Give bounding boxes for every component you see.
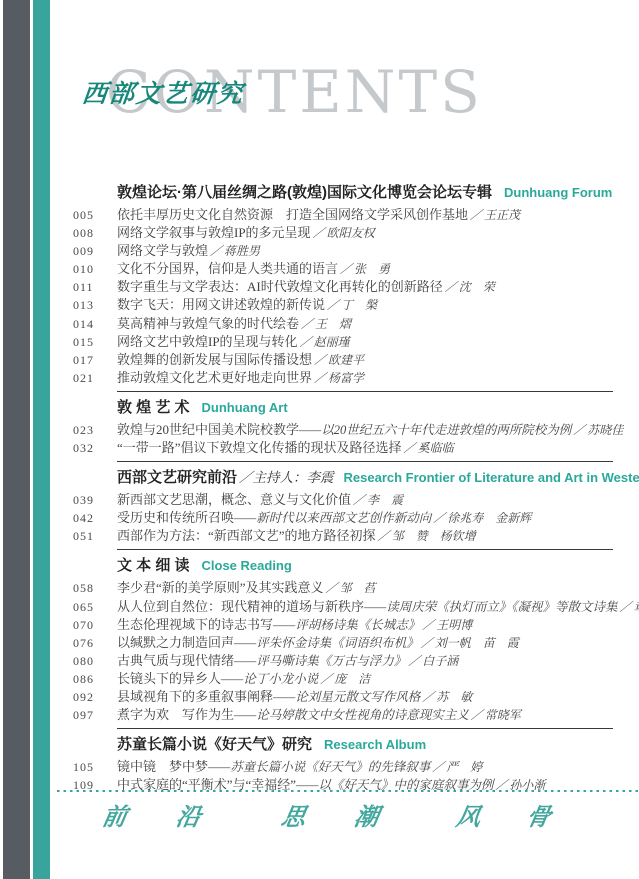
section-header: 文 本 细 读 Close Reading — [117, 556, 613, 576]
slash-separator: ／ — [433, 510, 445, 527]
author-names: 王正茂 — [484, 207, 520, 224]
page-number: 105 — [73, 759, 117, 776]
author-names: 王 熠 — [315, 316, 351, 333]
page-number: 023 — [73, 422, 117, 439]
slash-separator: ／ — [471, 707, 483, 724]
toc-row: 042 受历史和传统所召唤 ——新时代以来西部文艺创作新动向 ／ 徐兆寿 金新辉 — [73, 509, 613, 527]
toc-row: 005 依托丰厚历史文化自然资源 打造全国网络文学采风创作基地 ／ 王正茂 — [73, 206, 613, 224]
page-number: 086 — [73, 671, 117, 688]
dotted-divider — [57, 790, 639, 792]
section-rows: 058 李少君“新的美学原则”及其实践意义 ／ 邹 萏 065 从人位到自然位：… — [73, 579, 613, 724]
author-names: 蒋胜男 — [224, 243, 260, 260]
motto-char: 前 — [100, 797, 130, 832]
author-names: 欧阳友权 — [327, 225, 375, 242]
toc-section: 敦煌论坛·第八届丝绸之路(敦煌)国际文化博览会论坛专辑 Dunhuang For… — [73, 183, 613, 392]
article-title: 数字飞天：用网文讲述敦煌的新传说 — [117, 296, 325, 313]
slash-separator: ／ — [470, 207, 482, 224]
author-names: 庞 洁 — [334, 671, 370, 688]
journal-logo-calligraphy: 西部文艺研究 — [81, 82, 246, 108]
author-names: 刘一帆 苗 霞 — [435, 635, 519, 652]
section-header: 苏童长篇小说《好天气》研究 Research Album — [117, 735, 613, 755]
article-title: 网络文学与敦煌 — [117, 242, 208, 259]
motto-char: 沿 — [174, 797, 204, 832]
article-title: 古典气质与现代情绪 — [117, 652, 234, 669]
toc-row: 070 生态伦理视域下的诗志书写 ——评胡杨诗集《长城志》 ／ 王明博 — [73, 616, 613, 634]
toc-row: 010 文化不分国界，信仰是人类共通的语言 ／ 张 勇 — [73, 260, 613, 278]
article-title: “一带一路”倡议下敦煌文化传播的现状及路径选择 — [117, 439, 402, 456]
author-names: 苏 敏 — [436, 689, 472, 706]
article-subtitle: ——读周庆荣《执灯而立》《凝视》等散文诗集 — [364, 599, 617, 616]
article-title: 推动敦煌文化艺术更好地走向世界 — [117, 369, 312, 386]
author-names: 王明博 — [436, 617, 472, 634]
author-names: 邹 萏 — [340, 580, 376, 597]
footer-motto: 前 沿 思 潮 风 骨 — [0, 797, 639, 832]
article-title: 网络文学叙事与敦煌IP的多元呈现 — [117, 224, 311, 241]
page-number: 014 — [73, 316, 117, 333]
section-header: 敦煌论坛·第八届丝绸之路(敦煌)国际文化博览会论坛专辑 Dunhuang For… — [117, 183, 613, 203]
toc-row: 086 长镜头下的异乡人 ——论丁小龙小说 ／ 庞 洁 — [73, 670, 613, 688]
section-rows: 005 依托丰厚历史文化自然资源 打造全国网络文学采风创作基地 ／ 王正茂 00… — [73, 206, 613, 387]
page-number: 009 — [73, 243, 117, 260]
slash-separator: ／ — [327, 297, 339, 314]
left-dark-bar — [3, 0, 30, 879]
slash-separator: ／ — [340, 261, 352, 278]
article-title: 李少君“新的美学原则”及其实践意义 — [117, 579, 324, 596]
article-subtitle: ——苏童长篇小说《好天气》的先锋叙事 — [208, 759, 430, 776]
slash-separator: ／ — [300, 334, 312, 351]
page-number: 051 — [73, 528, 117, 545]
slash-separator: ／ — [314, 370, 326, 387]
page-number: 070 — [73, 617, 117, 634]
section-divider — [117, 391, 613, 392]
toc-row: 009 网络文学与敦煌 ／ 蒋胜男 — [73, 242, 613, 260]
section-title-cn: 西部文艺研究前沿 — [117, 468, 237, 488]
article-subtitle: ——以20世纪五六十年代走进敦煌的两所院校为例 — [299, 422, 571, 439]
toc-row: 065 从人位到自然位：现代精神的道场与新秩序 ——读周庆荣《执灯而立》《凝视》… — [73, 598, 613, 616]
motto-char: 风 — [454, 797, 484, 832]
page-number: 042 — [73, 510, 117, 527]
article-subtitle: ——新时代以来西部文艺创作新动向 — [234, 510, 431, 527]
toc-row: 058 李少君“新的美学原则”及其实践意义 ／ 邹 萏 — [73, 579, 613, 597]
page-number: 058 — [73, 580, 117, 597]
page-number: 011 — [73, 279, 117, 296]
page-number: 008 — [73, 225, 117, 242]
slash-separator: ／ — [301, 316, 313, 333]
toc-section: 文 本 细 读 Close Reading 058 李少君“新的美学原则”及其实… — [73, 556, 613, 729]
slash-separator: ／ — [620, 599, 632, 616]
section-title-cn: 敦煌论坛·第八届丝绸之路(敦煌)国际文化博览会论坛专辑 — [117, 183, 492, 203]
journal-contents-page: CONTENTS 西部文艺研究 敦煌论坛·第八届丝绸之路(敦煌)国际文化博览会论… — [0, 0, 639, 879]
author-names: 李 震 — [367, 492, 403, 509]
left-teal-bar — [33, 0, 50, 879]
toc-row: 097 煮字为欢 写作为生 ——论马婷散文中女性视角的诗意现实主义 ／ 常晓军 — [73, 706, 613, 724]
article-title: 依托丰厚历史文化自然资源 打造全国网络文学采风创作基地 — [117, 206, 468, 223]
toc-row: 051 西部作为方法：“新西部文艺”的地方路径初探 ／ 邹 赞 杨钦增 — [73, 527, 613, 545]
page-number: 065 — [73, 599, 117, 616]
page-number: 005 — [73, 207, 117, 224]
section-title-en: Research Frontier of Literature and Art … — [344, 468, 639, 488]
section-host: ／主持人：李震 — [239, 468, 334, 488]
author-names: 邹 赞 杨钦增 — [392, 528, 476, 545]
section-title-cn: 敦 煌 艺 术 — [117, 398, 190, 418]
toc-row: 076 以缄默之力制造回声 ——评朱怀金诗集《词语织布机》 ／ 刘一帆 苗 霞 — [73, 634, 613, 652]
toc-row: 092 县域视角下的多重叙事阐释 ——论刘星元散文写作风格 ／ 苏 敏 — [73, 688, 613, 706]
page-number: 021 — [73, 370, 117, 387]
slash-separator: ／ — [422, 689, 434, 706]
toc-row: 017 敦煌舞的创新发展与国际传播设想 ／ 欧建平 — [73, 351, 613, 369]
author-names: 杨富学 — [328, 370, 364, 387]
toc-row: 032 “一带一路”倡议下敦煌文化传播的现状及路径选择 ／ 奚临临 — [73, 439, 613, 457]
slash-separator: ／ — [314, 352, 326, 369]
slash-separator: ／ — [421, 635, 433, 652]
toc-row: 011 数字重生与文学表达：AI时代敦煌文化再转化的创新路径 ／ 沈 荣 — [73, 278, 613, 296]
article-title: 县域视角下的多重叙事阐释 — [117, 688, 273, 705]
slash-separator: ／ — [445, 279, 457, 296]
page-number: 092 — [73, 689, 117, 706]
section-title-en: Close Reading — [202, 556, 292, 576]
article-subtitle: ——论马婷散文中女性视角的诗意现实主义 — [234, 707, 469, 724]
page-number: 015 — [73, 334, 117, 351]
section-header: 敦 煌 艺 术 Dunhuang Art — [117, 398, 613, 418]
section-divider — [117, 728, 613, 729]
author-names: 赵丽瑾 — [314, 334, 350, 351]
author-names: 常晓军 — [485, 707, 521, 724]
toc-row: 039 新西部文艺思潮，概念、意义与文化价值 ／ 李 震 — [73, 491, 613, 509]
slash-separator: ／ — [422, 617, 434, 634]
slash-separator: ／ — [573, 422, 585, 439]
section-title-cn: 文 本 细 读 — [117, 556, 190, 576]
slash-separator: ／ — [313, 225, 325, 242]
slash-separator: ／ — [378, 528, 390, 545]
page-number: 010 — [73, 261, 117, 278]
toc-row: 023 敦煌与20世纪中国美术院校教学 ——以20世纪五六十年代走进敦煌的两所院… — [73, 421, 613, 439]
toc-row: 105 镜中镜 梦中梦 ——苏童长篇小说《好天气》的先锋叙事 ／ 严 婷 — [73, 758, 613, 776]
article-title: 生态伦理视域下的诗志书写 — [117, 616, 273, 633]
slash-separator: ／ — [326, 580, 338, 597]
toc-row: 008 网络文学叙事与敦煌IP的多元呈现 ／ 欧阳友权 — [73, 224, 613, 242]
toc-row: 015 网络文艺中敦煌IP的呈现与转化 ／ 赵丽瑾 — [73, 333, 613, 351]
article-subtitle: ——评朱怀金诗集《词语织布机》 — [234, 635, 419, 652]
toc-sections: 敦煌论坛·第八届丝绸之路(敦煌)国际文化博览会论坛专辑 Dunhuang For… — [73, 183, 613, 800]
toc-section: 敦 煌 艺 术 Dunhuang Art 023 敦煌与20世纪中国美术院校教学… — [73, 398, 613, 462]
motto-char: 潮 — [352, 797, 382, 832]
page-number: 013 — [73, 297, 117, 314]
article-title: 煮字为欢 写作为生 — [117, 706, 234, 723]
article-title: 受历史和传统所召唤 — [117, 509, 234, 526]
author-names: 奚临临 — [418, 440, 454, 457]
author-names: 丁 槃 — [341, 297, 377, 314]
article-title: 敦煌舞的创新发展与国际传播设想 — [117, 351, 312, 368]
section-title-en: Dunhuang Forum — [504, 183, 612, 203]
page-number: 017 — [73, 352, 117, 369]
article-title: 镜中镜 梦中梦 — [117, 758, 208, 775]
article-subtitle: ——论刘星元散文写作风格 — [273, 689, 420, 706]
author-names: 苏晓佳 — [587, 422, 623, 439]
article-title: 网络文艺中敦煌IP的呈现与转化 — [117, 333, 298, 350]
article-subtitle: ——评胡杨诗集《长城志》 — [273, 617, 420, 634]
slash-separator: ／ — [320, 671, 332, 688]
section-rows: 039 新西部文艺思潮，概念、意义与文化价值 ／ 李 震 042 受历史和传统所… — [73, 491, 613, 545]
slash-separator: ／ — [408, 653, 420, 670]
page-number: 080 — [73, 653, 117, 670]
article-subtitle: ——评马嘶诗集《万古与浮力》 — [234, 653, 406, 670]
author-names: 欧建平 — [328, 352, 364, 369]
toc-row: 014 莫高精神与敦煌气象的时代绘卷 ／ 王 熠 — [73, 315, 613, 333]
section-header: 西部文艺研究前沿 ／主持人：李震 Research Frontier of Li… — [117, 468, 613, 488]
section-title-en: Research Album — [324, 735, 426, 755]
author-names: 沈 荣 — [459, 279, 495, 296]
article-subtitle: ——论丁小龙小说 — [221, 671, 318, 688]
toc-row: 080 古典气质与现代情绪 ——评马嘶诗集《万古与浮力》 ／ 白子涵 — [73, 652, 613, 670]
author-names: 徐兆寿 金新辉 — [447, 510, 531, 527]
toc-row: 021 推动敦煌文化艺术更好地走向世界 ／ 杨富学 — [73, 369, 613, 387]
page-number: 039 — [73, 492, 117, 509]
page-number: 097 — [73, 707, 117, 724]
slash-separator: ／ — [210, 243, 222, 260]
article-title: 文化不分国界，信仰是人类共通的语言 — [117, 260, 338, 277]
section-title-en: Dunhuang Art — [202, 398, 288, 418]
article-title: 敦煌与20世纪中国美术院校教学 — [117, 421, 299, 438]
section-title-cn: 苏童长篇小说《好天气》研究 — [117, 735, 312, 755]
article-title: 长镜头下的异乡人 — [117, 670, 221, 687]
toc-section: 西部文艺研究前沿 ／主持人：李震 Research Frontier of Li… — [73, 468, 613, 550]
section-divider — [117, 461, 613, 462]
page-number: 076 — [73, 635, 117, 652]
author-names: 章闻哲 — [634, 599, 639, 616]
slash-separator: ／ — [353, 492, 365, 509]
page-number: 032 — [73, 440, 117, 457]
author-names: 白子涵 — [422, 653, 458, 670]
article-title: 西部作为方法：“新西部文艺”的地方路径初探 — [117, 527, 376, 544]
slash-separator: ／ — [432, 759, 444, 776]
section-rows: 105 镜中镜 梦中梦 ——苏童长篇小说《好天气》的先锋叙事 ／ 严 婷 109… — [73, 758, 613, 794]
slash-separator: ／ — [404, 440, 416, 457]
article-title: 莫高精神与敦煌气象的时代绘卷 — [117, 315, 299, 332]
toc-section: 苏童长篇小说《好天气》研究 Research Album 105 镜中镜 梦中梦… — [73, 735, 613, 794]
motto-char: 骨 — [524, 797, 554, 832]
toc-row: 013 数字飞天：用网文讲述敦煌的新传说 ／ 丁 槃 — [73, 296, 613, 314]
article-title: 数字重生与文学表达：AI时代敦煌文化再转化的创新路径 — [117, 278, 443, 295]
author-names: 张 勇 — [354, 261, 390, 278]
author-names: 严 婷 — [446, 759, 482, 776]
section-divider — [117, 549, 613, 550]
article-title: 新西部文艺思潮，概念、意义与文化价值 — [117, 491, 351, 508]
section-rows: 023 敦煌与20世纪中国美术院校教学 ——以20世纪五六十年代走进敦煌的两所院… — [73, 421, 613, 457]
motto-char: 思 — [279, 797, 309, 832]
article-title: 以缄默之力制造回声 — [117, 634, 234, 651]
article-title: 从人位到自然位：现代精神的道场与新秩序 — [117, 598, 364, 615]
